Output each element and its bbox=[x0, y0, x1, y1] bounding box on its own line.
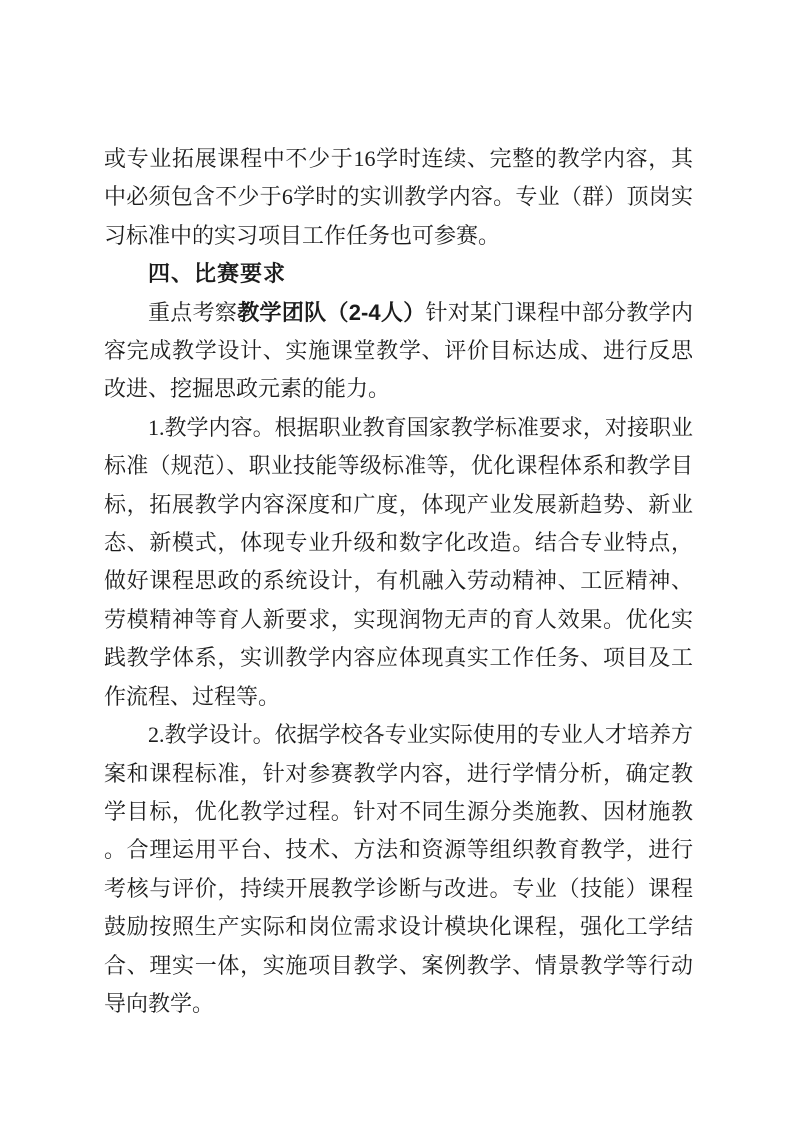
paragraph-course-hours-continuation: 或专业拓展课程中不少于16学时连续、完整的教学内容，其中必须包含不少于6学时的实… bbox=[104, 140, 693, 255]
paragraph-item2-teaching-design: 2.教学设计。依据学校各专业实际使用的专业人才培养方案和课程标准，针对参赛教学内… bbox=[104, 716, 693, 1023]
team-size-bold-text: 教学团队（2-4人） bbox=[237, 300, 425, 325]
section-heading-competition-requirements: 四、比赛要求 bbox=[104, 255, 693, 293]
page-content: 或专业拓展课程中不少于16学时连续、完整的教学内容，其中必须包含不少于6学时的实… bbox=[104, 140, 693, 1023]
paragraph-item1-teaching-content: 1.教学内容。根据职业教育国家教学标准要求，对接职业标准（规范）、职业技能等级标… bbox=[104, 409, 693, 716]
paragraph-team-assessment: 重点考察教学团队（2-4人）针对某门课程中部分教学内容完成教学设计、实施课堂教学… bbox=[104, 294, 693, 409]
team-paragraph-pre-text: 重点考察 bbox=[148, 300, 237, 325]
document-page: 或专业拓展课程中不少于16学时连续、完整的教学内容，其中必须包含不少于6学时的实… bbox=[0, 0, 793, 1122]
